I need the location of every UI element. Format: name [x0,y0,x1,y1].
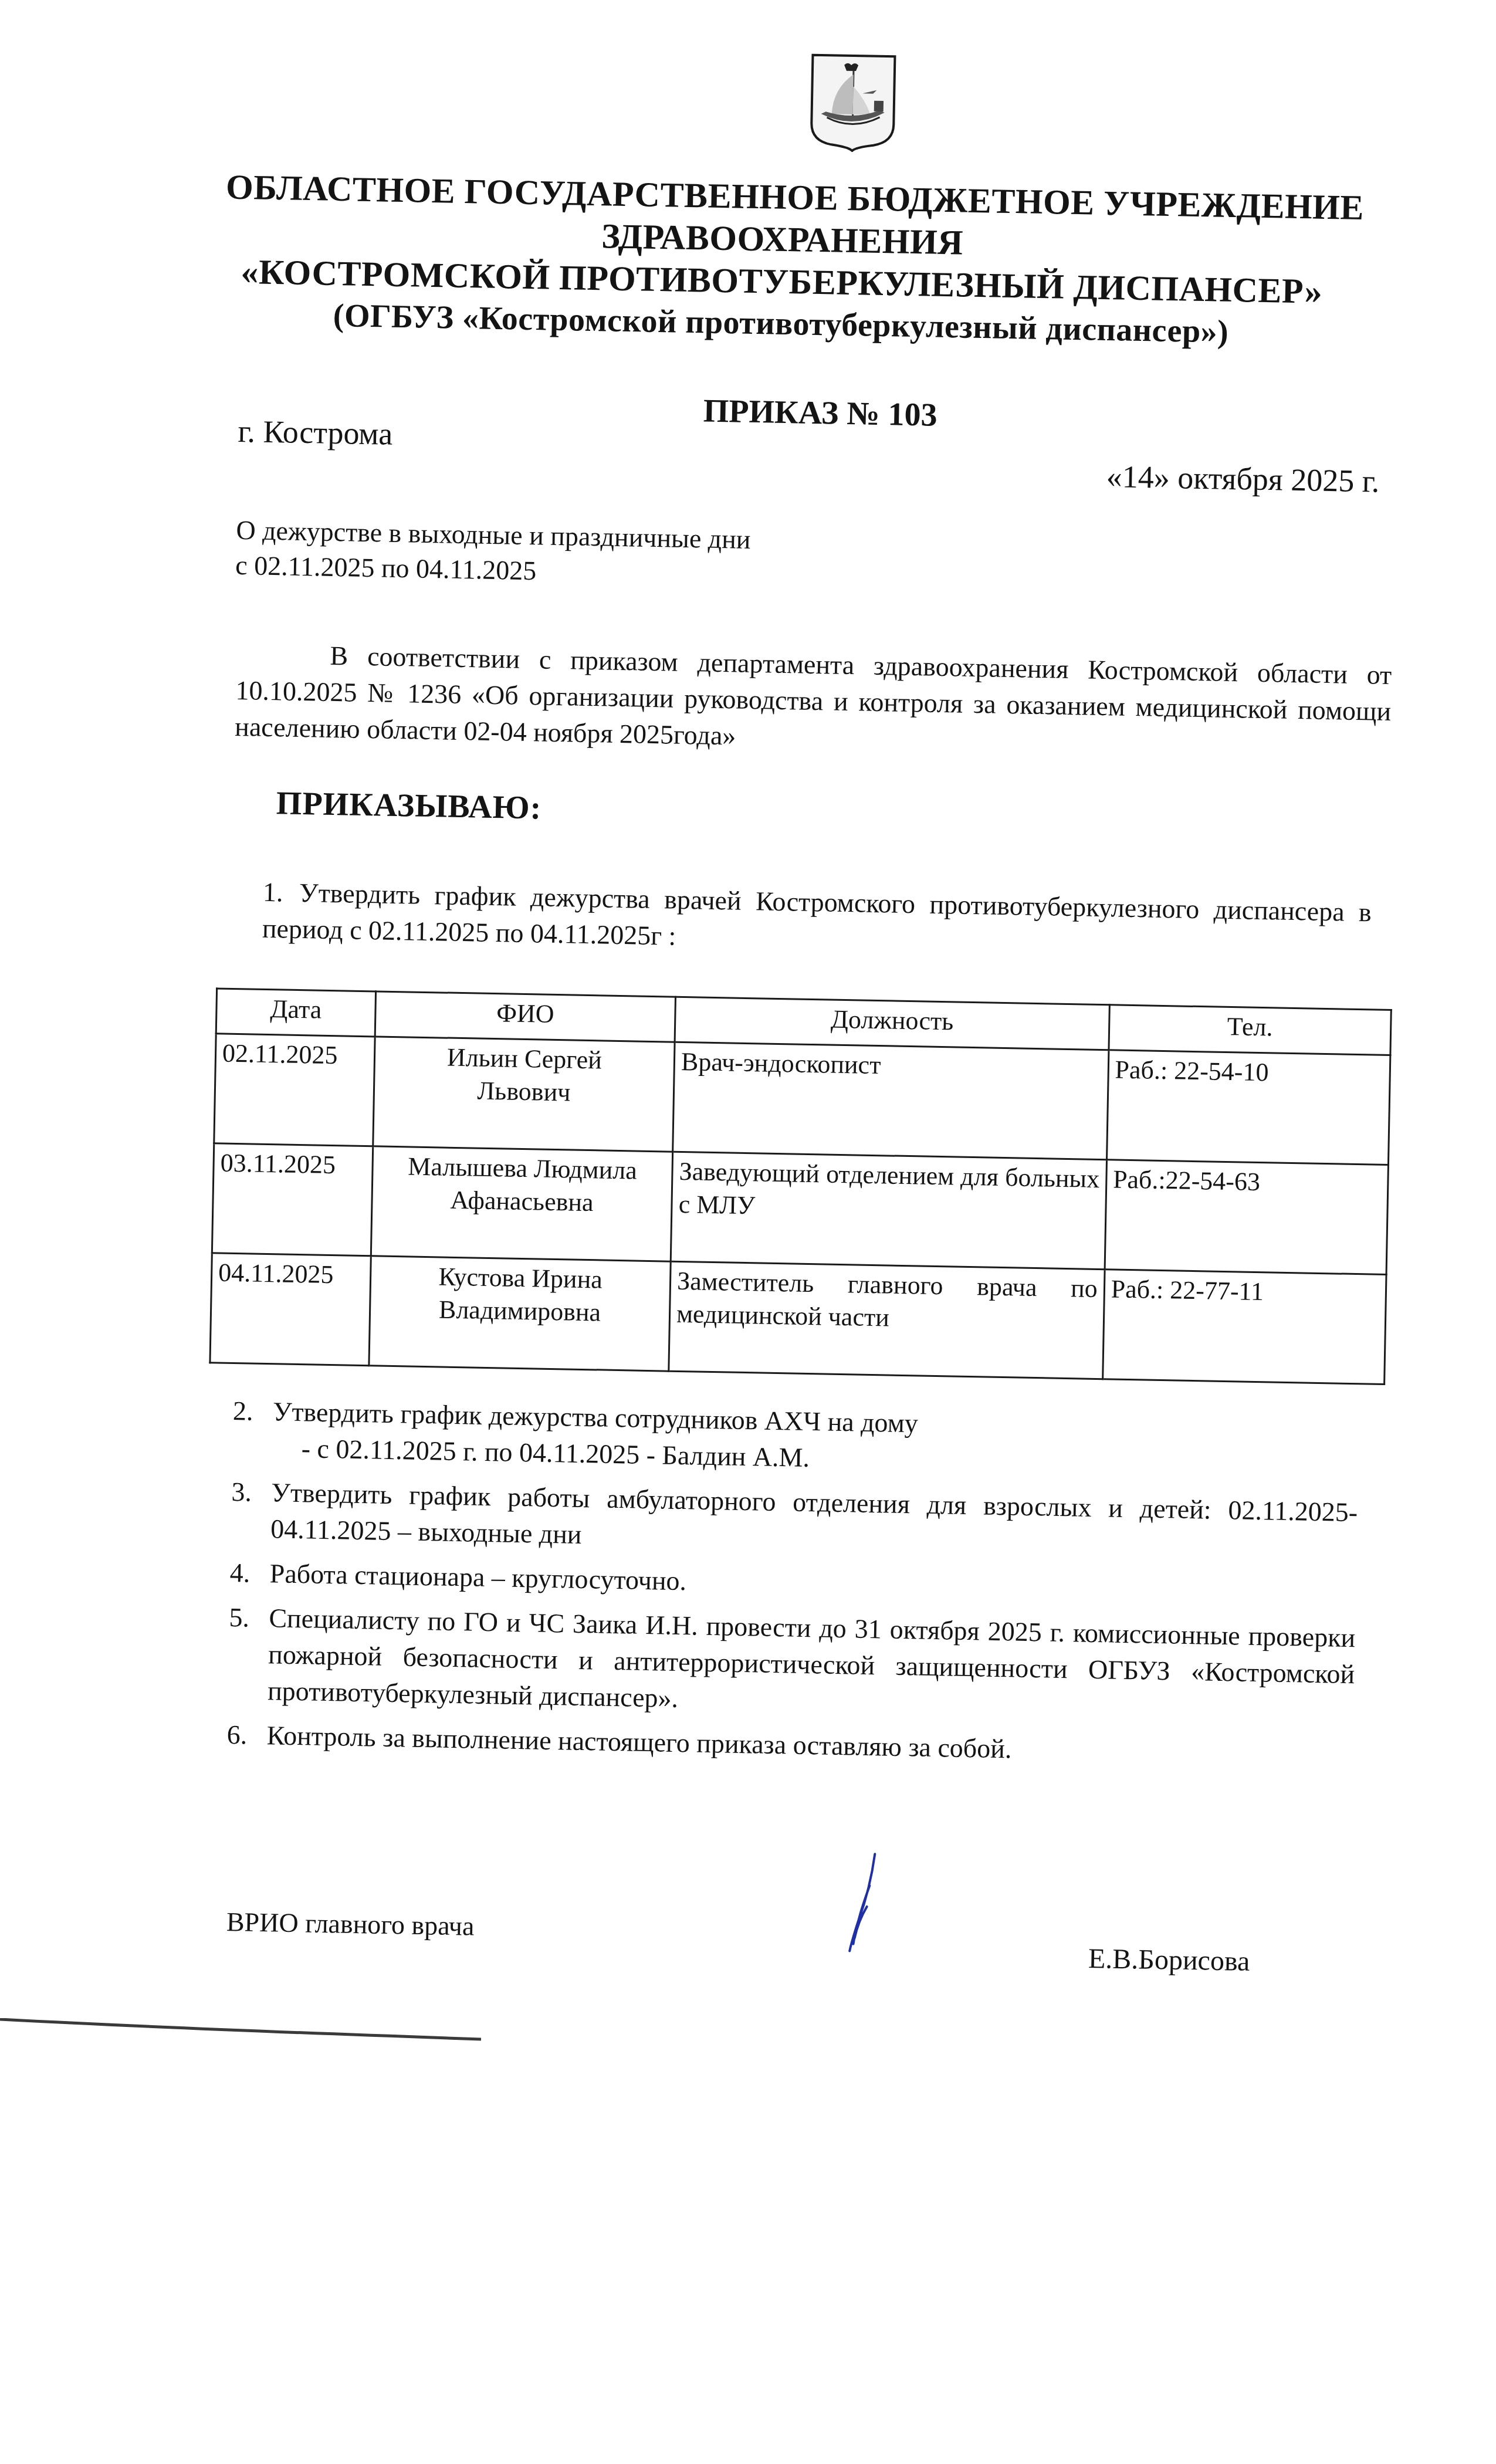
cell-phone: Раб.: 22-77-11 [1102,1270,1386,1385]
item-3: 3. Утвердить график работы амбулаторного… [231,1474,1358,1567]
cell-name: Кустова Ирина Владимировна [369,1256,671,1371]
table-row: 02.11.2025 Ильин Сергей Львович Врач-энд… [214,1034,1390,1165]
cell-name: Малышева Людмила Афанасьевна [371,1146,673,1261]
table-row: 03.11.2025 Малышева Людмила Афанасьевна … [212,1143,1388,1275]
cell-name: Ильин Сергей Львович [373,1037,675,1152]
cell-position: Врач-эндоскопист [673,1042,1109,1160]
order-items: 2. Утвердить график дежурства сотруднико… [226,1393,1359,1782]
header-phone: Тел. [1109,1005,1392,1055]
cell-date: 04.11.2025 [210,1253,371,1366]
name-line1: Малышева Людмила [379,1150,666,1188]
item-3-text: Утвердить график работы амбулаторного от… [270,1477,1358,1549]
item-4-text: Работа стационара – круглосуточно. [269,1558,686,1596]
name-line2: Владимировна [376,1292,663,1330]
scan-page-edge-line [0,2018,481,2042]
item-6-number: 6. [226,1717,248,1754]
name-line2: Афанасьевна [378,1183,665,1221]
table-row: 04.11.2025 Кустова Ирина Владимировна За… [210,1253,1386,1385]
cell-phone: Раб.: 22-54-10 [1106,1050,1390,1165]
item-5-number: 5. [229,1599,250,1636]
name-line1: Кустова Ирина [377,1260,664,1298]
cell-date: 03.11.2025 [212,1143,373,1256]
name-line1: Ильин Сергей [381,1040,668,1078]
cell-position: Заведующий отделением для больных с МЛУ [671,1152,1106,1270]
item-2-number: 2. [232,1393,253,1430]
signatory-title: ВРИО главного врача [226,1906,474,1942]
document-page: ОБЛАСТНОЕ ГОСУДАРСТВЕННОЕ БЮДЖЕТНОЕ УЧРЕ… [0,0,1496,2067]
order-preamble: В соответствии с приказом департамента з… [235,636,1392,766]
item-2: 2. Утвердить график дежурства сотруднико… [232,1393,1359,1486]
item-4-number: 4. [229,1555,251,1592]
cell-phone: Раб.:22-54-63 [1105,1160,1389,1275]
cell-position: Заместитель главного врача по медицинско… [669,1261,1105,1379]
item-1-number: 1. [263,874,300,911]
decree-heading: ПРИКАЗЫВАЮ: [276,784,542,827]
order-title: ПРИКАЗ № 103 [597,390,1044,436]
signatory-name: Е.В.Борисова [1088,1942,1250,1978]
item-5-text: Специалисту по ГО и ЧС Заика И.Н. провес… [268,1603,1356,1713]
order-date: «14» октября 2025 г. [1106,458,1380,500]
name-line2: Львович [380,1073,667,1111]
item-6-text: Контроль за выполнение настоящего приказ… [266,1720,1012,1764]
order-subject: О дежурстве в выходные и праздничные дни… [235,513,751,593]
item-1: 1.Утвердить график дежурства врачей Кост… [262,874,1372,967]
header-date: Дата [216,989,375,1037]
cell-date: 02.11.2025 [214,1034,375,1146]
header-position: Должность [675,997,1109,1050]
item-1-text: Утвердить график дежурства врачей Костро… [262,878,1372,951]
duty-schedule-table: Дата ФИО Должность Тел. 02.11.2025 Ильин… [209,987,1392,1385]
kostroma-coat-of-arms-icon [808,53,897,153]
order-city: г. Кострома [238,413,393,452]
item-3-number: 3. [231,1474,252,1511]
header-name: ФИО [375,991,676,1042]
handwritten-signature-icon [827,1850,899,1957]
item-5: 5. Специалисту по ГО и ЧС Заика И.Н. про… [228,1599,1356,1729]
